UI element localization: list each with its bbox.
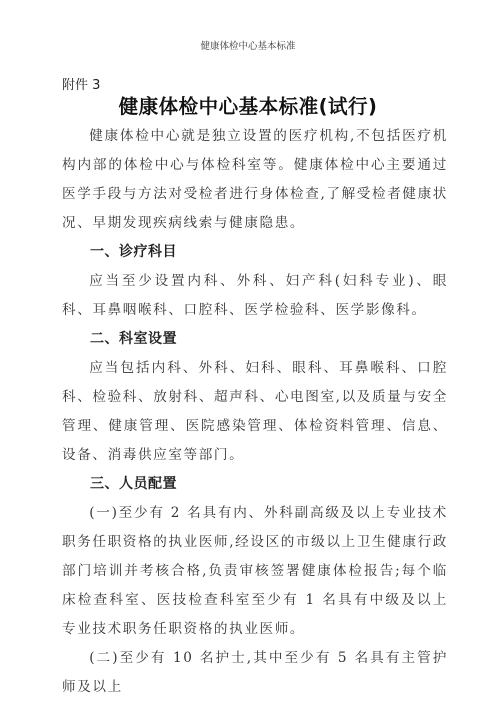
- intro-paragraph: 健康体检中心就是独立设置的医疗机构,不包括医疗机构内部的体检中心与体检科室等。健…: [62, 122, 448, 238]
- section-paragraph: (一)至少有 2 名具有内、外科副高级及以上专业技术职务任职资格的执业医师,经设…: [62, 499, 448, 644]
- running-header: 健康体检中心基本标准: [0, 38, 496, 52]
- section-heading-staffing: 三、人员配置: [62, 470, 448, 499]
- document-body: 健康体检中心就是独立设置的医疗机构,不包括医疗机构内部的体检中心与体检科室等。健…: [62, 122, 448, 702]
- section-paragraph: 应当包括内科、外科、妇科、眼科、耳鼻喉科、口腔科、检验科、放射科、超声科、心电图…: [62, 354, 448, 470]
- section-heading-departments: 一、诊疗科目: [62, 238, 448, 267]
- section-paragraph: (二)至少有 10 名护士,其中至少有 5 名具有主管护师及以上: [62, 644, 448, 702]
- document-title: 健康体检中心基本标准(试行): [0, 91, 496, 119]
- section-heading-rooms: 二、科室设置: [62, 325, 448, 354]
- section-paragraph: 应当至少设置内科、外科、妇产科(妇科专业)、眼科、耳鼻咽喉科、口腔科、医学检验科…: [62, 267, 448, 325]
